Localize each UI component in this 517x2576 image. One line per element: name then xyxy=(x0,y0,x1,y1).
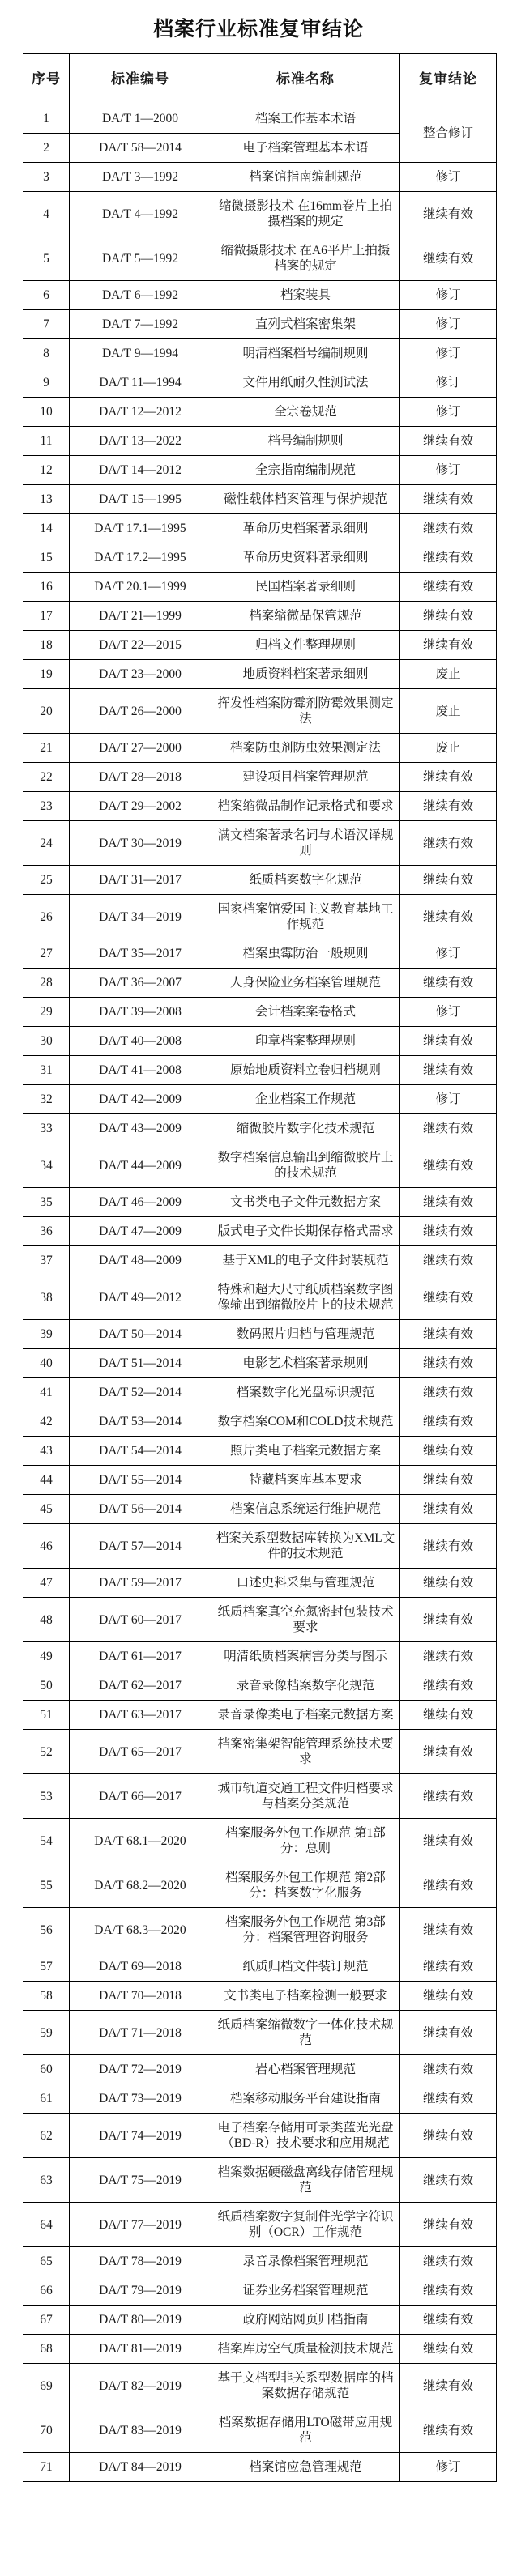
index-cell: 38 xyxy=(23,1275,70,1320)
standard-code-cell: DA/T 78—2019 xyxy=(70,2247,211,2276)
standard-code-cell: DA/T 75—2019 xyxy=(70,2158,211,2203)
table-row: 62DA/T 74—2019电子档案存储用可录类蓝光光盘（BD-R）技术要求和应… xyxy=(23,2114,497,2158)
standard-code-cell: DA/T 44—2009 xyxy=(70,1143,211,1188)
standard-name-cell: 归档文件整理规则 xyxy=(211,631,400,660)
table-row: 23DA/T 29—2002档案缩微品制作记录格式和要求继续有效 xyxy=(23,792,497,821)
conclusion-cell: 继续有效 xyxy=(400,2158,497,2203)
table-row: 58DA/T 70—2018文书类电子档案检测一般要求继续有效 xyxy=(23,1982,497,2011)
table-row: 28DA/T 36—2007人身保险业务档案管理规范继续有效 xyxy=(23,969,497,998)
conclusion-cell: 继续有效 xyxy=(400,1952,497,1982)
table-row: 55DA/T 68.2—2020档案服务外包工作规范 第2部分：档案数字化服务继… xyxy=(23,1863,497,1908)
conclusion-cell: 继续有效 xyxy=(400,1275,497,1320)
index-cell: 45 xyxy=(23,1495,70,1524)
table-row: 19DA/T 23—2000地质资料档案著录细则废止 xyxy=(23,660,497,689)
standard-name-cell: 档案虫霉防治一般规则 xyxy=(211,939,400,969)
standard-code-cell: DA/T 71—2018 xyxy=(70,2011,211,2055)
index-cell: 52 xyxy=(23,1730,70,1774)
conclusion-cell: 废止 xyxy=(400,689,497,734)
conclusion-cell: 继续有效 xyxy=(400,1320,497,1349)
page-title: 档案行业标准复审结论 xyxy=(0,13,517,42)
standard-code-cell: DA/T 1—2000 xyxy=(70,104,211,134)
index-cell: 17 xyxy=(23,602,70,631)
table-row: 25DA/T 31—2017纸质档案数字化规范继续有效 xyxy=(23,866,497,895)
index-cell: 71 xyxy=(23,2453,70,2482)
standard-name-cell: 档案移动服务平台建设指南 xyxy=(211,2084,400,2114)
conclusion-cell: 继续有效 xyxy=(400,895,497,939)
conclusion-cell: 继续有效 xyxy=(400,602,497,631)
index-cell: 48 xyxy=(23,1598,70,1642)
table-row: 22DA/T 28—2018建设项目档案管理规范继续有效 xyxy=(23,763,497,792)
standard-code-cell: DA/T 31—2017 xyxy=(70,866,211,895)
standard-code-cell: DA/T 81—2019 xyxy=(70,2335,211,2364)
index-cell: 56 xyxy=(23,1908,70,1952)
index-cell: 55 xyxy=(23,1863,70,1908)
standard-name-cell: 电影艺术档案著录规则 xyxy=(211,1349,400,1378)
index-cell: 13 xyxy=(23,485,70,514)
index-cell: 46 xyxy=(23,1524,70,1569)
conclusion-cell: 修订 xyxy=(400,281,497,310)
table-row: 66DA/T 79—2019证券业务档案管理规范继续有效 xyxy=(23,2276,497,2306)
conclusion-cell: 继续有效 xyxy=(400,2203,497,2247)
standard-code-cell: DA/T 13—2022 xyxy=(70,427,211,456)
table-row: 36DA/T 47—2009版式电子文件长期保存格式需求继续有效 xyxy=(23,1217,497,1246)
standard-name-cell: 会计档案案卷格式 xyxy=(211,998,400,1027)
index-cell: 70 xyxy=(23,2408,70,2453)
standard-code-cell: DA/T 21—1999 xyxy=(70,602,211,631)
index-cell: 29 xyxy=(23,998,70,1027)
conclusion-cell: 继续有效 xyxy=(400,2055,497,2084)
conclusion-cell: 继续有效 xyxy=(400,1730,497,1774)
conclusion-cell: 修订 xyxy=(400,368,497,398)
table-row: 71DA/T 84—2019档案馆应急管理规范修订 xyxy=(23,2453,497,2482)
standard-name-cell: 证券业务档案管理规范 xyxy=(211,2276,400,2306)
index-cell: 60 xyxy=(23,2055,70,2084)
standard-code-cell: DA/T 4—1992 xyxy=(70,192,211,236)
standard-name-cell: 档案数据硬磁盘离线存储管理规范 xyxy=(211,2158,400,2203)
standard-name-cell: 档案装具 xyxy=(211,281,400,310)
standard-name-cell: 档案馆指南编制规范 xyxy=(211,163,400,192)
standard-name-cell: 民国档案著录细则 xyxy=(211,573,400,602)
conclusion-cell: 继续有效 xyxy=(400,1407,497,1437)
standard-code-cell: DA/T 65—2017 xyxy=(70,1730,211,1774)
table-row: 41DA/T 52—2014档案数字化光盘标识规范继续有效 xyxy=(23,1378,497,1407)
index-cell: 34 xyxy=(23,1143,70,1188)
standard-code-cell: DA/T 55—2014 xyxy=(70,1466,211,1495)
standard-name-cell: 城市轨道交通工程文件归档要求与档案分类规范 xyxy=(211,1774,400,1819)
standard-name-cell: 口述史料采集与管理规范 xyxy=(211,1569,400,1598)
table-row: 56DA/T 68.3—2020档案服务外包工作规范 第3部分：档案管理咨询服务… xyxy=(23,1908,497,1952)
index-cell: 20 xyxy=(23,689,70,734)
conclusion-cell: 继续有效 xyxy=(400,969,497,998)
index-cell: 43 xyxy=(23,1437,70,1466)
conclusion-cell: 修订 xyxy=(400,998,497,1027)
index-cell: 42 xyxy=(23,1407,70,1437)
conclusion-cell: 继续有效 xyxy=(400,573,497,602)
table-row: 70DA/T 83—2019档案数据存储用LTO磁带应用规范继续有效 xyxy=(23,2408,497,2453)
index-cell: 3 xyxy=(23,163,70,192)
table-row: 16DA/T 20.1—1999民国档案著录细则继续有效 xyxy=(23,573,497,602)
standard-code-cell: DA/T 83—2019 xyxy=(70,2408,211,2453)
standard-code-cell: DA/T 69—2018 xyxy=(70,1952,211,1982)
standard-code-cell: DA/T 68.3—2020 xyxy=(70,1908,211,1952)
index-cell: 58 xyxy=(23,1982,70,2011)
standard-code-cell: DA/T 42—2009 xyxy=(70,1085,211,1114)
conclusion-cell: 继续有效 xyxy=(400,543,497,573)
conclusion-cell: 继续有效 xyxy=(400,1495,497,1524)
table-row: 4DA/T 4—1992缩微摄影技术 在16mm卷片上拍摄档案的规定继续有效 xyxy=(23,192,497,236)
table-row: 43DA/T 54—2014照片类电子档案元数据方案继续有效 xyxy=(23,1437,497,1466)
table-row: 60DA/T 72—2019岩心档案管理规范继续有效 xyxy=(23,2055,497,2084)
table-row: 26DA/T 34—2019国家档案馆爱国主义教育基地工作规范继续有效 xyxy=(23,895,497,939)
conclusion-cell: 继续有效 xyxy=(400,2276,497,2306)
standard-code-cell: DA/T 15—1995 xyxy=(70,485,211,514)
standard-code-cell: DA/T 70—2018 xyxy=(70,1982,211,2011)
standard-code-cell: DA/T 36—2007 xyxy=(70,969,211,998)
conclusion-cell: 继续有效 xyxy=(400,1143,497,1188)
standards-table: 序号 标准编号 标准名称 复审结论 1DA/T 1—2000档案工作基本术语整合… xyxy=(23,53,497,2482)
conclusion-cell: 继续有效 xyxy=(400,514,497,543)
conclusion-cell: 继续有效 xyxy=(400,1466,497,1495)
standard-code-cell: DA/T 56—2014 xyxy=(70,1495,211,1524)
standard-code-cell: DA/T 17.2—1995 xyxy=(70,543,211,573)
standard-code-cell: DA/T 80—2019 xyxy=(70,2306,211,2335)
standard-name-cell: 革命历史资料著录细则 xyxy=(211,543,400,573)
index-cell: 44 xyxy=(23,1466,70,1495)
standard-name-cell: 版式电子文件长期保存格式需求 xyxy=(211,1217,400,1246)
conclusion-cell: 继续有效 xyxy=(400,1642,497,1671)
index-cell: 32 xyxy=(23,1085,70,1114)
index-cell: 40 xyxy=(23,1349,70,1378)
index-cell: 51 xyxy=(23,1701,70,1730)
index-cell: 1 xyxy=(23,104,70,134)
conclusion-cell: 继续有效 xyxy=(400,792,497,821)
index-cell: 19 xyxy=(23,660,70,689)
index-cell: 68 xyxy=(23,2335,70,2364)
standard-name-cell: 文件用纸耐久性测试法 xyxy=(211,368,400,398)
standard-code-cell: DA/T 43—2009 xyxy=(70,1114,211,1143)
standard-code-cell: DA/T 57—2014 xyxy=(70,1524,211,1569)
conclusion-cell: 继续有效 xyxy=(400,236,497,281)
table-row: 34DA/T 44—2009数字档案信息输出到缩微胶片上的技术规范继续有效 xyxy=(23,1143,497,1188)
conclusion-cell: 继续有效 xyxy=(400,1671,497,1701)
standard-name-cell: 数码照片归档与管理规范 xyxy=(211,1320,400,1349)
standard-code-cell: DA/T 84—2019 xyxy=(70,2453,211,2482)
index-cell: 37 xyxy=(23,1246,70,1275)
conclusion-cell: 继续有效 xyxy=(400,1774,497,1819)
standard-name-cell: 纸质归档文件装订规范 xyxy=(211,1952,400,1982)
index-cell: 26 xyxy=(23,895,70,939)
standard-name-cell: 明清纸质档案病害分类与图示 xyxy=(211,1642,400,1671)
standard-name-cell: 档案馆应急管理规范 xyxy=(211,2453,400,2482)
standard-code-cell: DA/T 51—2014 xyxy=(70,1349,211,1378)
index-cell: 30 xyxy=(23,1027,70,1056)
conclusion-cell: 继续有效 xyxy=(400,1524,497,1569)
standard-name-cell: 档案密集架智能管理系统技术要求 xyxy=(211,1730,400,1774)
index-cell: 28 xyxy=(23,969,70,998)
standard-code-cell: DA/T 17.1—1995 xyxy=(70,514,211,543)
table-row: 13DA/T 15—1995磁性载体档案管理与保护规范继续有效 xyxy=(23,485,497,514)
index-cell: 39 xyxy=(23,1320,70,1349)
standard-code-cell: DA/T 66—2017 xyxy=(70,1774,211,1819)
standard-name-cell: 特殊和超大尺寸纸质档案数字图像输出到缩微胶片上的技术规范 xyxy=(211,1275,400,1320)
table-row: 44DA/T 55—2014特藏档案库基本要求继续有效 xyxy=(23,1466,497,1495)
index-cell: 65 xyxy=(23,2247,70,2276)
standard-name-cell: 档案数字化光盘标识规范 xyxy=(211,1378,400,1407)
standard-name-cell: 录音录像类电子档案元数据方案 xyxy=(211,1701,400,1730)
table-row: 51DA/T 63—2017录音录像类电子档案元数据方案继续有效 xyxy=(23,1701,497,1730)
index-cell: 59 xyxy=(23,2011,70,2055)
index-cell: 41 xyxy=(23,1378,70,1407)
table-row: 6DA/T 6—1992档案装具修订 xyxy=(23,281,497,310)
table-row: 33DA/T 43—2009缩微胶片数字化技术规范继续有效 xyxy=(23,1114,497,1143)
table-row: 47DA/T 59—2017口述史料采集与管理规范继续有效 xyxy=(23,1569,497,1598)
conclusion-cell: 继续有效 xyxy=(400,1982,497,2011)
index-cell: 2 xyxy=(23,134,70,163)
standard-code-cell: DA/T 29—2002 xyxy=(70,792,211,821)
standard-code-cell: DA/T 82—2019 xyxy=(70,2364,211,2408)
standard-name-cell: 档案库房空气质量检测技术规范 xyxy=(211,2335,400,2364)
conclusion-cell: 修订 xyxy=(400,939,497,969)
standard-code-cell: DA/T 26—2000 xyxy=(70,689,211,734)
index-cell: 69 xyxy=(23,2364,70,2408)
index-cell: 14 xyxy=(23,514,70,543)
standard-name-cell: 岩心档案管理规范 xyxy=(211,2055,400,2084)
index-cell: 25 xyxy=(23,866,70,895)
table-row: 7DA/T 7—1992直列式档案密集架修订 xyxy=(23,310,497,339)
table-row: 52DA/T 65—2017档案密集架智能管理系统技术要求继续有效 xyxy=(23,1730,497,1774)
conclusion-cell: 继续有效 xyxy=(400,485,497,514)
index-cell: 10 xyxy=(23,398,70,427)
standard-code-cell: DA/T 34—2019 xyxy=(70,895,211,939)
index-cell: 31 xyxy=(23,1056,70,1085)
standard-code-cell: DA/T 7—1992 xyxy=(70,310,211,339)
table-row: 9DA/T 11—1994文件用纸耐久性测试法修订 xyxy=(23,368,497,398)
conclusion-cell: 继续有效 xyxy=(400,1027,497,1056)
standard-name-cell: 档案防虫剂防虫效果测定法 xyxy=(211,734,400,763)
table-row: 30DA/T 40—2008印章档案整理规则继续有效 xyxy=(23,1027,497,1056)
document-page: { "page": { "title": "档案行业标准复审结论" }, "ta… xyxy=(0,13,517,2576)
standard-name-cell: 纸质档案缩微数字一体化技术规范 xyxy=(211,2011,400,2055)
standard-name-cell: 革命历史档案著录细则 xyxy=(211,514,400,543)
conclusion-cell: 继续有效 xyxy=(400,2408,497,2453)
index-cell: 11 xyxy=(23,427,70,456)
standard-name-cell: 特藏档案库基本要求 xyxy=(211,1466,400,1495)
conclusion-cell: 修订 xyxy=(400,310,497,339)
table-row: 29DA/T 39—2008会计档案案卷格式修订 xyxy=(23,998,497,1027)
index-cell: 47 xyxy=(23,1569,70,1598)
standard-name-cell: 缩微胶片数字化技术规范 xyxy=(211,1114,400,1143)
standard-name-cell: 国家档案馆爱国主义教育基地工作规范 xyxy=(211,895,400,939)
table-row: 45DA/T 56—2014档案信息系统运行维护规范继续有效 xyxy=(23,1495,497,1524)
table-row: 69DA/T 82—2019基于文档型非关系型数据库的档案数据存储规范继续有效 xyxy=(23,2364,497,2408)
conclusion-cell: 继续有效 xyxy=(400,1701,497,1730)
standard-code-cell: DA/T 46—2009 xyxy=(70,1188,211,1217)
standard-code-cell: DA/T 52—2014 xyxy=(70,1378,211,1407)
table-row: 5DA/T 5—1992缩微摄影技术 在A6平片上拍摄档案的规定继续有效 xyxy=(23,236,497,281)
standard-code-cell: DA/T 72—2019 xyxy=(70,2055,211,2084)
conclusion-cell: 继续有效 xyxy=(400,2364,497,2408)
table-row: 42DA/T 53—2014数字档案COM和COLD技术规范继续有效 xyxy=(23,1407,497,1437)
standard-name-cell: 档案数据存储用LTO磁带应用规范 xyxy=(211,2408,400,2453)
standard-code-cell: DA/T 35—2017 xyxy=(70,939,211,969)
conclusion-cell: 继续有效 xyxy=(400,1437,497,1466)
standard-code-cell: DA/T 22—2015 xyxy=(70,631,211,660)
conclusion-cell: 继续有效 xyxy=(400,2011,497,2055)
standard-name-cell: 档案关系型数据库转换为XML文件的技术规范 xyxy=(211,1524,400,1569)
standard-code-cell: DA/T 49—2012 xyxy=(70,1275,211,1320)
conclusion-cell: 继续有效 xyxy=(400,1349,497,1378)
standard-code-cell: DA/T 59—2017 xyxy=(70,1569,211,1598)
conclusion-cell: 继续有效 xyxy=(400,1056,497,1085)
standard-code-cell: DA/T 30—2019 xyxy=(70,821,211,866)
table-row: 39DA/T 50—2014数码照片归档与管理规范继续有效 xyxy=(23,1320,497,1349)
index-cell: 16 xyxy=(23,573,70,602)
conclusion-cell: 继续有效 xyxy=(400,821,497,866)
table-row: 65DA/T 78—2019录音录像档案管理规范继续有效 xyxy=(23,2247,497,2276)
header-name: 标准名称 xyxy=(211,54,400,104)
standard-name-cell: 纸质档案真空充氮密封包装技术要求 xyxy=(211,1598,400,1642)
standard-name-cell: 录音录像档案数字化规范 xyxy=(211,1671,400,1701)
standard-code-cell: DA/T 39—2008 xyxy=(70,998,211,1027)
standard-name-cell: 纸质档案数字复制件光学字符识别（OCR）工作规范 xyxy=(211,2203,400,2247)
standard-name-cell: 照片类电子档案元数据方案 xyxy=(211,1437,400,1466)
table-row: 68DA/T 81—2019档案库房空气质量检测技术规范继续有效 xyxy=(23,2335,497,2364)
conclusion-cell: 继续有效 xyxy=(400,1378,497,1407)
standard-code-cell: DA/T 9—1994 xyxy=(70,339,211,368)
conclusion-cell: 继续有效 xyxy=(400,1246,497,1275)
standard-name-cell: 明清档案档号编制规则 xyxy=(211,339,400,368)
standard-name-cell: 原始地质资料立卷归档规则 xyxy=(211,1056,400,1085)
conclusion-cell: 整合修订 xyxy=(400,104,497,163)
standard-code-cell: DA/T 23—2000 xyxy=(70,660,211,689)
index-cell: 54 xyxy=(23,1819,70,1863)
standard-code-cell: DA/T 74—2019 xyxy=(70,2114,211,2158)
standard-code-cell: DA/T 63—2017 xyxy=(70,1701,211,1730)
table-row: 67DA/T 80—2019政府网站网页归档指南继续有效 xyxy=(23,2306,497,2335)
table-row: 53DA/T 66—2017城市轨道交通工程文件归档要求与档案分类规范继续有效 xyxy=(23,1774,497,1819)
standard-name-cell: 文书类电子文件元数据方案 xyxy=(211,1188,400,1217)
standard-code-cell: DA/T 28—2018 xyxy=(70,763,211,792)
index-cell: 6 xyxy=(23,281,70,310)
table-row: 32DA/T 42—2009企业档案工作规范修订 xyxy=(23,1085,497,1114)
conclusion-cell: 继续有效 xyxy=(400,1598,497,1642)
table-row: 1DA/T 1—2000档案工作基本术语整合修订 xyxy=(23,104,497,134)
table-row: 11DA/T 13—2022档号编制规则继续有效 xyxy=(23,427,497,456)
index-cell: 18 xyxy=(23,631,70,660)
index-cell: 7 xyxy=(23,310,70,339)
conclusion-cell: 继续有效 xyxy=(400,2306,497,2335)
table-row: 14DA/T 17.1—1995革命历史档案著录细则继续有效 xyxy=(23,514,497,543)
table-row: 50DA/T 62—2017录音录像档案数字化规范继续有效 xyxy=(23,1671,497,1701)
index-cell: 50 xyxy=(23,1671,70,1701)
conclusion-cell: 继续有效 xyxy=(400,866,497,895)
standard-code-cell: DA/T 5—1992 xyxy=(70,236,211,281)
table-row: 37DA/T 48—2009基于XML的电子文件封装规范继续有效 xyxy=(23,1246,497,1275)
table-row: 15DA/T 17.2—1995革命历史资料著录细则继续有效 xyxy=(23,543,497,573)
table-row: 57DA/T 69—2018纸质归档文件装订规范继续有效 xyxy=(23,1952,497,1982)
index-cell: 57 xyxy=(23,1952,70,1982)
conclusion-cell: 继续有效 xyxy=(400,1569,497,1598)
standard-name-cell: 政府网站网页归档指南 xyxy=(211,2306,400,2335)
index-cell: 21 xyxy=(23,734,70,763)
table-row: 61DA/T 73—2019档案移动服务平台建设指南继续有效 xyxy=(23,2084,497,2114)
standard-name-cell: 档案缩微品制作记录格式和要求 xyxy=(211,792,400,821)
standard-code-cell: DA/T 53—2014 xyxy=(70,1407,211,1437)
header-index: 序号 xyxy=(23,54,70,104)
standard-name-cell: 印章档案整理规则 xyxy=(211,1027,400,1056)
standard-code-cell: DA/T 27—2000 xyxy=(70,734,211,763)
table-row: 21DA/T 27—2000档案防虫剂防虫效果测定法废止 xyxy=(23,734,497,763)
standard-name-cell: 地质资料档案著录细则 xyxy=(211,660,400,689)
standard-code-cell: DA/T 79—2019 xyxy=(70,2276,211,2306)
table-body: 1DA/T 1—2000档案工作基本术语整合修订2DA/T 58—2014电子档… xyxy=(23,104,497,2482)
table-row: 46DA/T 57—2014档案关系型数据库转换为XML文件的技术规范继续有效 xyxy=(23,1524,497,1569)
standard-code-cell: DA/T 41—2008 xyxy=(70,1056,211,1085)
conclusion-cell: 继续有效 xyxy=(400,192,497,236)
standard-code-cell: DA/T 68.1—2020 xyxy=(70,1819,211,1863)
standard-name-cell: 档案服务外包工作规范 第2部分：档案数字化服务 xyxy=(211,1863,400,1908)
conclusion-cell: 修订 xyxy=(400,1085,497,1114)
table-row: 27DA/T 35—2017档案虫霉防治一般规则修订 xyxy=(23,939,497,969)
standard-code-cell: DA/T 48—2009 xyxy=(70,1246,211,1275)
conclusion-cell: 继续有效 xyxy=(400,2335,497,2364)
index-cell: 24 xyxy=(23,821,70,866)
standard-code-cell: DA/T 54—2014 xyxy=(70,1437,211,1466)
standard-name-cell: 企业档案工作规范 xyxy=(211,1085,400,1114)
standard-code-cell: DA/T 62—2017 xyxy=(70,1671,211,1701)
standard-name-cell: 全宗指南编制规范 xyxy=(211,456,400,485)
conclusion-cell: 继续有效 xyxy=(400,1819,497,1863)
conclusion-cell: 修订 xyxy=(400,398,497,427)
standard-code-cell: DA/T 40—2008 xyxy=(70,1027,211,1056)
standard-code-cell: DA/T 47—2009 xyxy=(70,1217,211,1246)
index-cell: 49 xyxy=(23,1642,70,1671)
standard-name-cell: 基于文档型非关系型数据库的档案数据存储规范 xyxy=(211,2364,400,2408)
table-row: 35DA/T 46—2009文书类电子文件元数据方案继续有效 xyxy=(23,1188,497,1217)
table-row: 48DA/T 60—2017纸质档案真空充氮密封包装技术要求继续有效 xyxy=(23,1598,497,1642)
table-row: 40DA/T 51—2014电影艺术档案著录规则继续有效 xyxy=(23,1349,497,1378)
table-row: 31DA/T 41—2008原始地质资料立卷归档规则继续有效 xyxy=(23,1056,497,1085)
index-cell: 4 xyxy=(23,192,70,236)
conclusion-cell: 继续有效 xyxy=(400,631,497,660)
table-row: 54DA/T 68.1—2020档案服务外包工作规范 第1部分：总则继续有效 xyxy=(23,1819,497,1863)
standard-name-cell: 档号编制规则 xyxy=(211,427,400,456)
standard-code-cell: DA/T 60—2017 xyxy=(70,1598,211,1642)
header-code: 标准编号 xyxy=(70,54,211,104)
table-row: 49DA/T 61—2017明清纸质档案病害分类与图示继续有效 xyxy=(23,1642,497,1671)
index-cell: 36 xyxy=(23,1217,70,1246)
standard-name-cell: 满文档案著录名词与术语汉译规则 xyxy=(211,821,400,866)
standard-code-cell: DA/T 3—1992 xyxy=(70,163,211,192)
index-cell: 5 xyxy=(23,236,70,281)
conclusion-cell: 继续有效 xyxy=(400,1114,497,1143)
header-conclusion: 复审结论 xyxy=(400,54,497,104)
standard-name-cell: 档案缩微品保管规范 xyxy=(211,602,400,631)
standard-code-cell: DA/T 58—2014 xyxy=(70,134,211,163)
standard-code-cell: DA/T 61—2017 xyxy=(70,1642,211,1671)
standard-name-cell: 数字档案COM和COLD技术规范 xyxy=(211,1407,400,1437)
conclusion-cell: 继续有效 xyxy=(400,427,497,456)
header-row: 序号 标准编号 标准名称 复审结论 xyxy=(23,54,497,104)
standard-name-cell: 缩微摄影技术 在A6平片上拍摄档案的规定 xyxy=(211,236,400,281)
index-cell: 61 xyxy=(23,2084,70,2114)
conclusion-cell: 废止 xyxy=(400,734,497,763)
standard-code-cell: DA/T 6—1992 xyxy=(70,281,211,310)
standard-name-cell: 文书类电子档案检测一般要求 xyxy=(211,1982,400,2011)
standard-name-cell: 档案工作基本术语 xyxy=(211,104,400,134)
table-row: 24DA/T 30—2019满文档案著录名词与术语汉译规则继续有效 xyxy=(23,821,497,866)
standard-code-cell: DA/T 11—1994 xyxy=(70,368,211,398)
